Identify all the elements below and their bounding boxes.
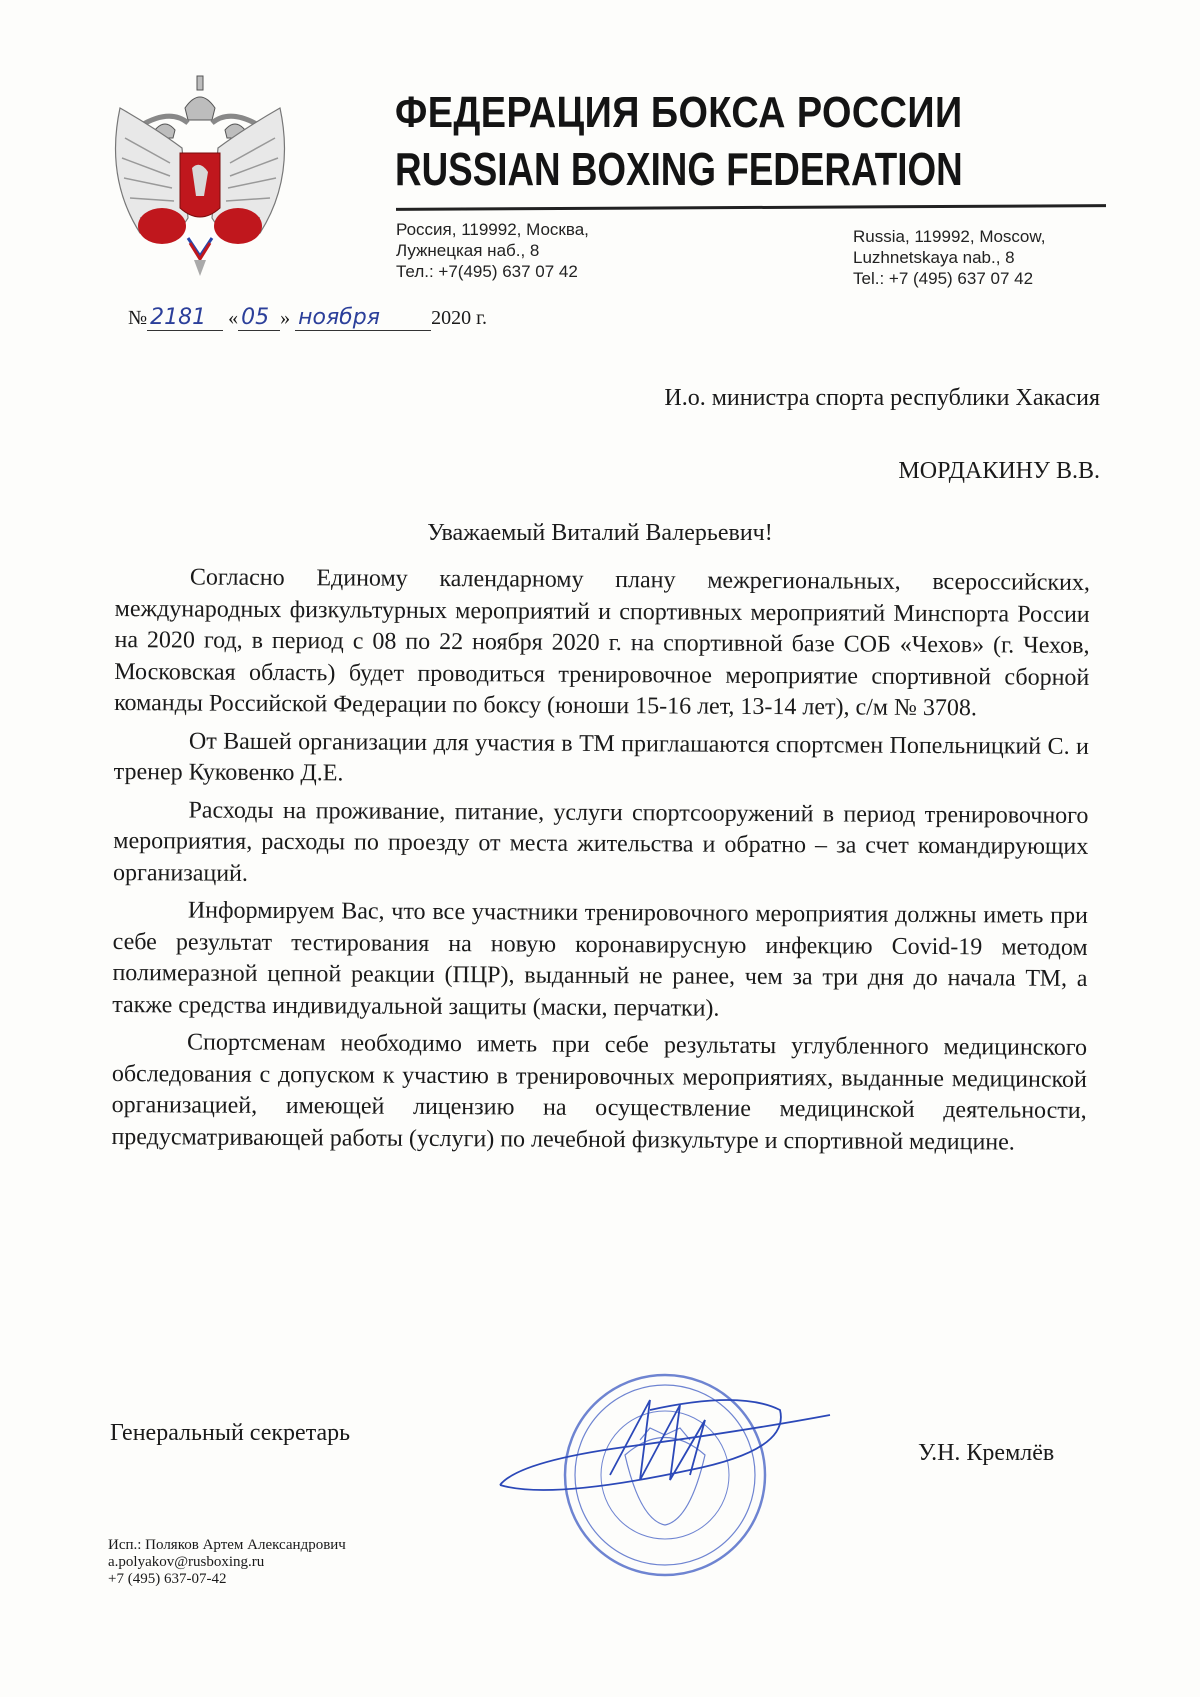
body-paragraph: Информируем Вас, что все участники трени… (112, 895, 1088, 1027)
address-ru-phone: Тел.: +7(495) 637 07 42 (396, 261, 589, 282)
executor-name: Исп.: Поляков Артем Александрович (108, 1537, 346, 1554)
letter-body: Согласно Единому календарному плану межр… (111, 562, 1090, 1165)
address-en-line2: Luzhnetskaya nab., 8 (853, 247, 1045, 268)
addressee-name: МОРДАКИНУ В.В. (898, 458, 1100, 485)
registration-year: 2020 г. (431, 307, 487, 329)
federation-emblem-icon (100, 68, 300, 278)
header-divider (396, 204, 1106, 211)
signatory-title: Генеральный секретарь (110, 1420, 350, 1447)
salutation: Уважаемый Виталий Валерьевич! (0, 520, 1200, 547)
body-paragraph: От Вашей организации для участия в ТМ пр… (114, 725, 1089, 794)
executor-phone: +7 (495) 637-07-42 (108, 1571, 346, 1588)
open-quote: « (228, 307, 238, 329)
registration-number: 2181 (147, 305, 223, 331)
executor-email: a.polyakov@rusboxing.ru (108, 1554, 346, 1571)
address-en-line1: Russia, 119992, Moscow, (853, 226, 1045, 247)
address-en-phone: Tel.: +7 (495) 637 07 42 (853, 268, 1045, 289)
registration-day: 05 (238, 305, 280, 331)
addressee-position: И.о. министра спорта республики Хакасия (664, 385, 1100, 412)
address-en: Russia, 119992, Moscow, Luzhnetskaya nab… (853, 226, 1045, 289)
body-paragraph: Спортсменам необходимо иметь при себе ре… (111, 1027, 1087, 1159)
number-sign: № (128, 307, 147, 329)
signatory-name: У.Н. Кремлёв (918, 1440, 1054, 1467)
address-ru-line2: Лужнецкая наб., 8 (396, 240, 589, 261)
body-paragraph: Согласно Единому календарному плану межр… (114, 562, 1090, 725)
address-ru-line1: Россия, 119992, Москва, (396, 219, 589, 240)
executor-info: Исп.: Поляков Артем Александрович a.poly… (108, 1537, 346, 1588)
org-name-en: RUSSIAN BOXING FEDERATION (395, 142, 963, 196)
org-name-ru: ФЕДЕРАЦИЯ БОКСА РОССИИ (395, 88, 963, 138)
registration-month: ноября (295, 305, 431, 331)
close-quote: » (280, 307, 290, 329)
official-stamp-icon (490, 1360, 850, 1580)
address-ru: Россия, 119992, Москва, Лужнецкая наб., … (396, 219, 589, 282)
body-paragraph: Расходы на проживание, питание, услуги с… (113, 794, 1089, 894)
registration-line: №2181 «05» ноября2020 г. (128, 305, 487, 331)
